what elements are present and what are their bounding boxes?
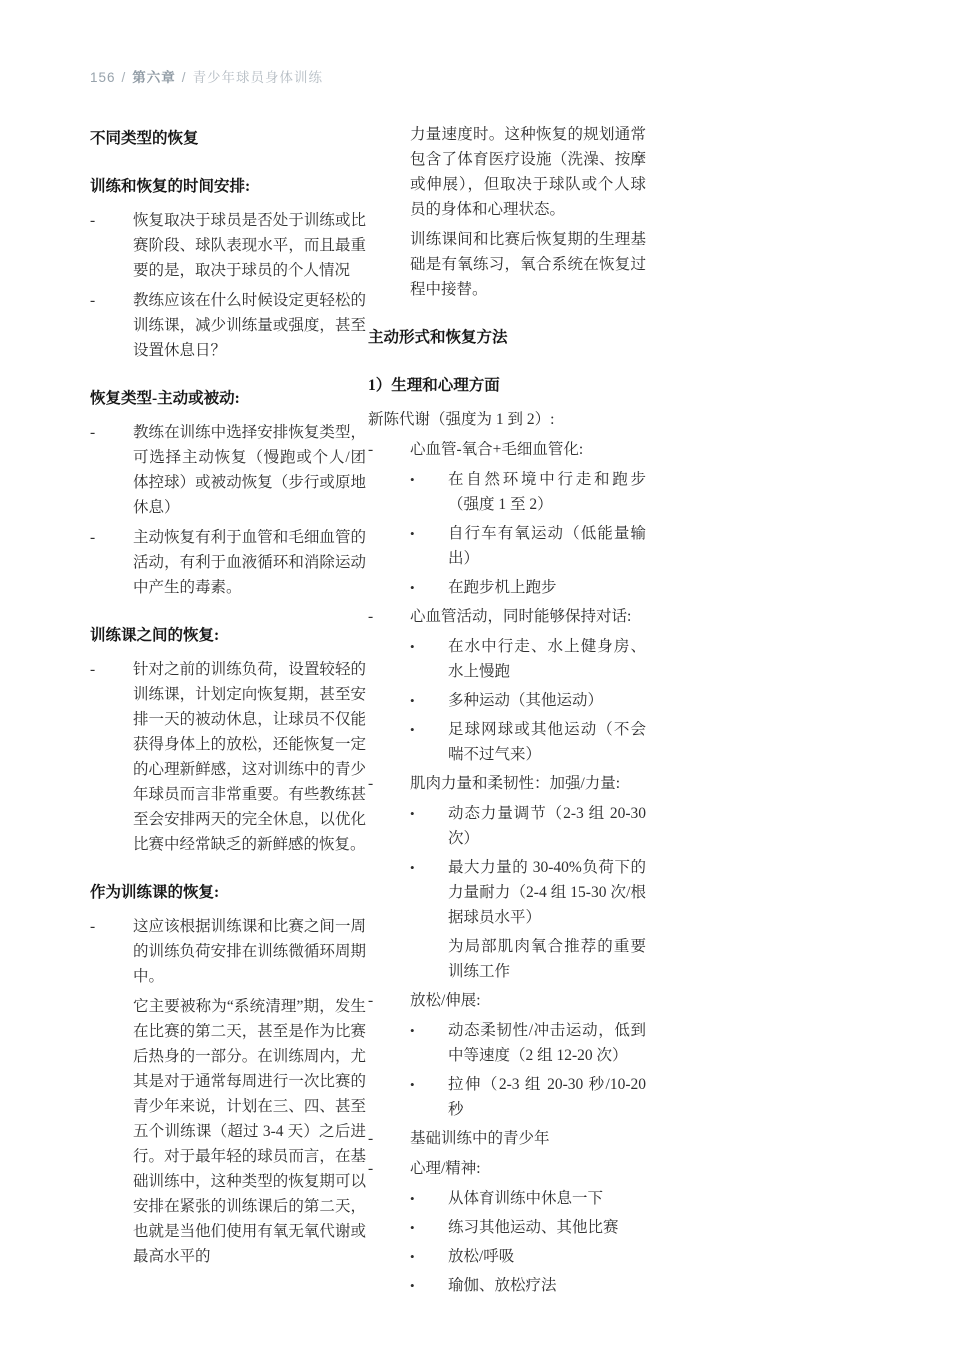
bullet-icon: • [410, 1244, 448, 1269]
bullet-icon: • [410, 634, 448, 684]
item-text: 基础训练中的青少年 [410, 1126, 646, 1151]
item-text: 肌肉力量和柔韧性：加强/力量: [410, 771, 646, 796]
bullet-icon: • [410, 575, 448, 600]
dash-icon: - [368, 1156, 410, 1181]
item-text: 这应该根据训练课和比赛之间一周的训练负荷安排在训练微循环周期中。 [133, 914, 366, 989]
dash-icon: - [90, 657, 133, 857]
item-text: 多种运动（其他运动） [448, 688, 646, 713]
item-text: 自行车有氧运动（低能量输出） [448, 521, 646, 571]
dash-list-item: - 心血管-氧合+毛细血管化: [368, 437, 646, 462]
dash-list-item: - 教练在训练中选择安排恢复类型，可选择主动恢复（慢跑或个人/团体控球）或被动恢… [90, 420, 366, 520]
bullet-icon: • [410, 801, 448, 851]
page-header: 156/第六章/青少年球员身体训练 [90, 66, 323, 86]
dash-list-item: - 教练应该在什么时候设定更轻松的训练课，减少训练量或强度，甚至设置休息日？ [90, 288, 366, 363]
bullet-list-item: • 放松/呼吸 [410, 1244, 646, 1269]
dash-icon: - [368, 437, 410, 462]
dash-list-item: - 主动恢复有利于血管和毛细血管的活动，有利于血液循环和消除运动中产生的毒素。 [90, 525, 366, 600]
dash-list-item: - 基础训练中的青少年 [368, 1126, 646, 1151]
dash-icon: - [90, 288, 133, 363]
paragraph: 力量速度时。这种恢复的规划通常包含了体育医疗设施（洗澡、按摩或伸展），但取决于球… [410, 122, 646, 222]
bullet-list-item: • 最大力量的 30-40%负荷下的力量耐力（2-4 组 15-30 次/根据球… [410, 855, 646, 930]
page-number: 156 [90, 70, 116, 85]
item-text: 在自然环境中行走和跑步（强度 1 至 2） [448, 467, 646, 517]
dash-icon: - [90, 914, 133, 989]
bullet-icon: • [410, 1273, 448, 1298]
paragraph: 训练课间和比赛后恢复期的生理基础是有氧练习，氧合系统在恢复过程中接替。 [410, 227, 646, 302]
section-heading: 恢复类型-主动或被动: [90, 386, 366, 411]
dash-list-item: - 肌肉力量和柔韧性：加强/力量: [368, 771, 646, 796]
item-text: 在跑步机上跑步 [448, 575, 646, 600]
section-heading: 1）生理和心理方面 [368, 373, 646, 398]
bullet-icon: • [410, 1215, 448, 1240]
bullet-icon: • [410, 1186, 448, 1211]
bullet-list-item: • 足球网球或其他运动（不会喘不过气来） [410, 717, 646, 767]
dash-icon: - [90, 208, 133, 283]
bullet-list-item: • 动态力量调节（2-3 组 20-30 次） [410, 801, 646, 851]
section-heading: 不同类型的恢复 [90, 126, 366, 151]
item-text: 在水中行走、水上健身房、水上慢跑 [448, 634, 646, 684]
bullet-icon: • [410, 1072, 448, 1122]
dash-list-item: - 针对之前的训练负荷，设置较轻的训练课，计划定向恢复期，甚至安排一天的被动休息… [90, 657, 366, 857]
dash-list-item: - 放松/伸展: [368, 988, 646, 1013]
chapter-label: 第六章 [132, 70, 176, 85]
item-text: 足球网球或其他运动（不会喘不过气来） [448, 717, 646, 767]
item-text: 心血管活动，同时能够保持对话: [410, 604, 646, 629]
right-column: 力量速度时。这种恢复的规划通常包含了体育医疗设施（洗澡、按摩或伸展），但取决于球… [368, 122, 646, 1302]
left-column: 不同类型的恢复 训练和恢复的时间安排: - 恢复取决于球员是否处于训练或比赛阶段… [90, 122, 366, 1274]
item-text: 动态力量调节（2-3 组 20-30 次） [448, 801, 646, 851]
bullet-list-item: • 在自然环境中行走和跑步（强度 1 至 2） [410, 467, 646, 517]
item-text: 教练在训练中选择安排恢复类型，可选择主动恢复（慢跑或个人/团体控球）或被动恢复（… [133, 420, 366, 520]
item-text: 主动恢复有利于血管和毛细血管的活动，有利于血液循环和消除运动中产生的毒素。 [133, 525, 366, 600]
item-text: 从体育训练中休息一下 [448, 1186, 646, 1211]
dash-list-item: - 这应该根据训练课和比赛之间一周的训练负荷安排在训练微循环周期中。 [90, 914, 366, 989]
section-heading: 训练和恢复的时间安排: [90, 174, 366, 199]
bullet-icon: • [410, 521, 448, 571]
bullet-icon: • [410, 1018, 448, 1068]
dash-icon: - [90, 420, 133, 520]
bullet-list-item: • 练习其他运动、其他比赛 [410, 1215, 646, 1240]
bullet-list-item: • 自行车有氧运动（低能量输出） [410, 521, 646, 571]
item-text: 恢复取决于球员是否处于训练或比赛阶段、球队表现水平，而且最重要的是，取决于球员的… [133, 208, 366, 283]
item-text: 练习其他运动、其他比赛 [448, 1215, 646, 1240]
dash-icon: - [368, 771, 410, 796]
bullet-icon: • [410, 717, 448, 767]
dash-icon: - [368, 604, 410, 629]
page-title: 青少年球员身体训练 [193, 70, 324, 85]
item-text: 动态柔韧性/冲击运动，低到中等速度（2 组 12-20 次） [448, 1018, 646, 1068]
item-text: 拉伸（2-3 组 20-30 秒/10-20 秒 [448, 1072, 646, 1122]
dash-icon: - [368, 988, 410, 1013]
item-text: 放松/呼吸 [448, 1244, 646, 1269]
document-page: 156/第六章/青少年球员身体训练 不同类型的恢复 训练和恢复的时间安排: - … [0, 0, 959, 1356]
bullet-icon: • [410, 855, 448, 930]
bullet-list-item: • 拉伸（2-3 组 20-30 秒/10-20 秒 [410, 1072, 646, 1122]
bullet-list-item: • 在水中行走、水上健身房、水上慢跑 [410, 634, 646, 684]
item-text: 针对之前的训练负荷，设置较轻的训练课，计划定向恢复期，甚至安排一天的被动休息，让… [133, 657, 366, 857]
item-text: 放松/伸展: [410, 988, 646, 1013]
dash-list-item: - 心理/精神: [368, 1156, 646, 1181]
dash-list-item: - 恢复取决于球员是否处于训练或比赛阶段、球队表现水平，而且最重要的是，取决于球… [90, 208, 366, 283]
item-text: 最大力量的 30-40%负荷下的力量耐力（2-4 组 15-30 次/根据球员水… [448, 855, 646, 930]
separator: / [176, 70, 193, 85]
paragraph: 它主要被称为“系统清理”期，发生在比赛的第二天，甚至是作为比赛后热身的一部分。在… [133, 994, 366, 1269]
item-text: 瑜伽、放松疗法 [448, 1273, 646, 1298]
bullet-list-item: • 从体育训练中休息一下 [410, 1186, 646, 1211]
paragraph: 新陈代谢（强度为 1 到 2）: [368, 407, 646, 432]
bullet-list-item: • 动态柔韧性/冲击运动，低到中等速度（2 组 12-20 次） [410, 1018, 646, 1068]
bullet-list-item: • 在跑步机上跑步 [410, 575, 646, 600]
bullet-icon: • [410, 467, 448, 517]
dash-icon: - [368, 1126, 410, 1151]
item-text: 心血管-氧合+毛细血管化: [410, 437, 646, 462]
section-heading: 主动形式和恢复方法 [368, 325, 646, 350]
separator: / [116, 70, 133, 85]
bullet-icon: • [410, 688, 448, 713]
dash-list-item: - 心血管活动，同时能够保持对话: [368, 604, 646, 629]
bullet-list-item: • 多种运动（其他运动） [410, 688, 646, 713]
dash-icon: - [90, 525, 133, 600]
item-text: 教练应该在什么时候设定更轻松的训练课，减少训练量或强度，甚至设置休息日？ [133, 288, 366, 363]
bullet-list-item: • 瑜伽、放松疗法 [410, 1273, 646, 1298]
section-heading: 作为训练课的恢复: [90, 880, 366, 905]
item-text: 心理/精神: [410, 1156, 646, 1181]
section-heading: 训练课之间的恢复: [90, 623, 366, 648]
paragraph: 为局部肌肉氧合推荐的重要训练工作 [448, 934, 646, 984]
